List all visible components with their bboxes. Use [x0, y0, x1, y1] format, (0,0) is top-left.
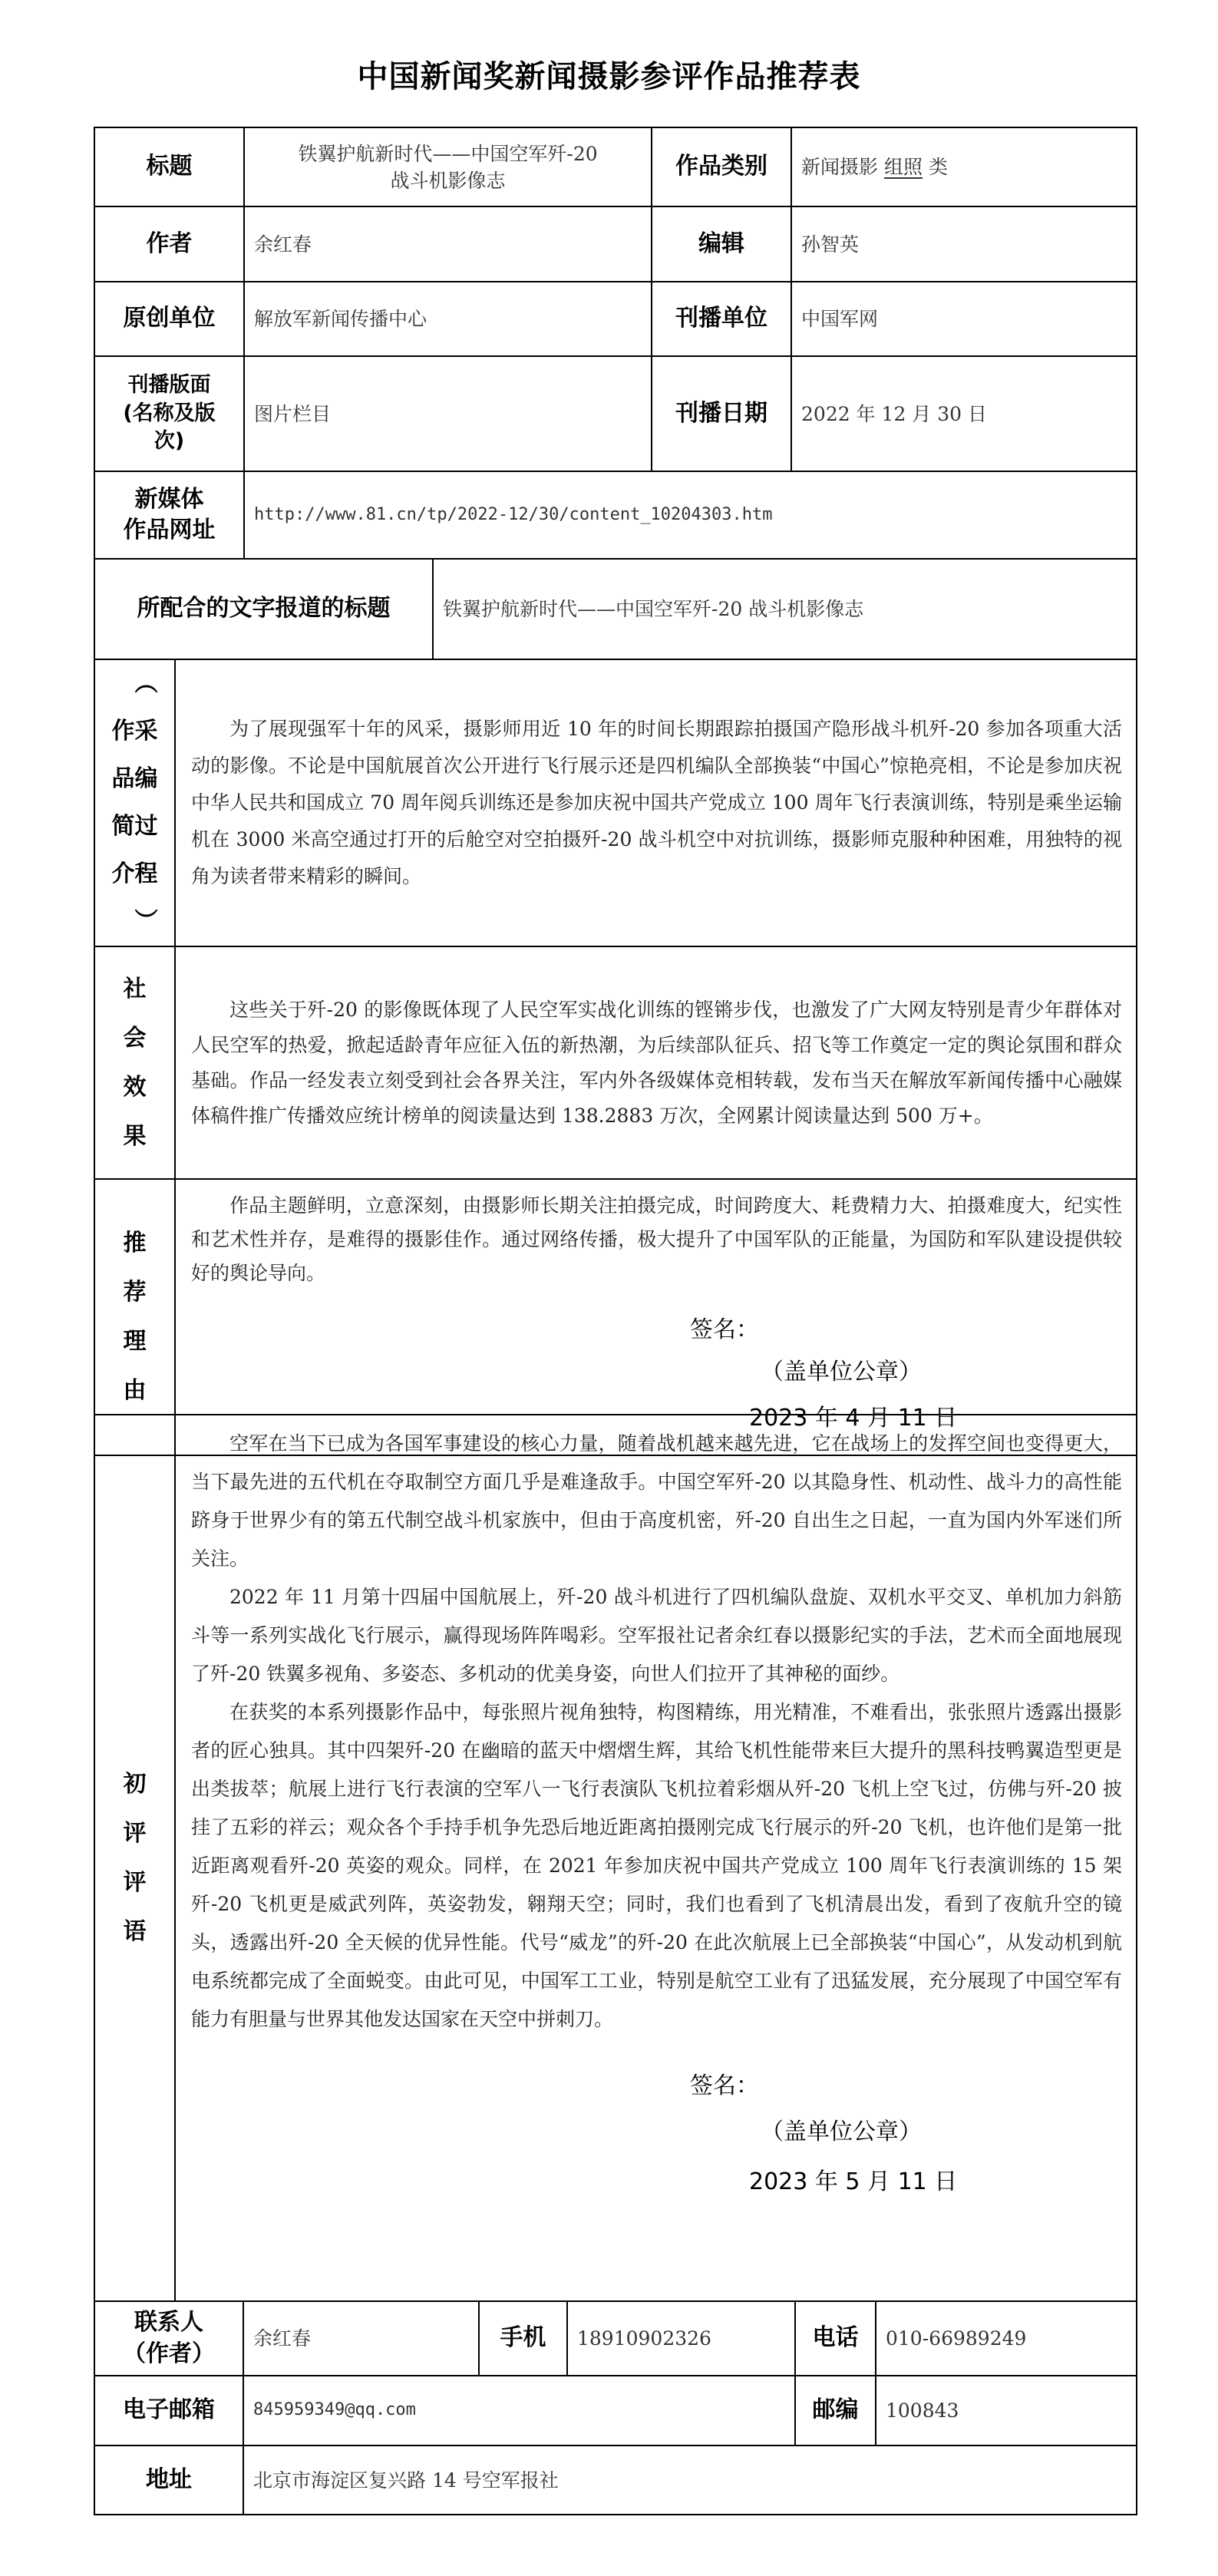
title-value-line1: 铁翼护航新时代——中国空军歼-20	[254, 140, 642, 167]
title-value: 铁翼护航新时代——中国空军歼-20 战斗机影像志	[244, 127, 652, 206]
intro-label-char: 简	[112, 803, 135, 850]
social-label-char: 会	[95, 1014, 174, 1063]
review-label-char: 初	[95, 1760, 174, 1809]
social-text: 这些关于歼-20 的影像既体现了人民空军实战化训练的铿锵步伐，也激发了广大网友特…	[175, 946, 1137, 1179]
social-label: 社 会 效 果	[94, 946, 175, 1179]
review-label: 初 评 评 语	[94, 1415, 175, 2301]
related-label: 所配合的文字报道的标题	[94, 559, 433, 659]
row-review: 初 评 评 语 空军在当下已成为各国军事建设的核心力量，随着战机越来越先进，它在…	[94, 1415, 1137, 2301]
row-title: 标题 铁翼护航新时代——中国空军歼-20 战斗机影像志 作品类别 新闻摄影组照类	[94, 127, 1137, 206]
review-contact-table: 初 评 评 语 空军在当下已成为各国军事建设的核心力量，随着战机越来越先进，它在…	[94, 1414, 1137, 2515]
zip-label: 邮编	[795, 2376, 876, 2446]
author-value: 余红春	[244, 206, 652, 282]
intro-label-char: 品	[112, 755, 135, 803]
intro-label-char: 介	[112, 850, 135, 898]
review-date: 2023 年 5 月 11 日	[749, 2165, 957, 2199]
review-paragraph: 空军在当下已成为各国军事建设的核心力量，随着战机越来越先进，它在战场上的发挥空间…	[191, 1425, 1122, 1578]
category-suffix: 类	[929, 156, 948, 178]
recommend-label-char: 理	[95, 1317, 174, 1366]
section-label-line3: 次)	[95, 428, 243, 455]
contact-value: 余红春	[243, 2301, 479, 2376]
date-label: 刊播日期	[652, 356, 791, 471]
editor-value: 孙智英	[791, 206, 1137, 282]
section-label-line2: (名称及版	[95, 400, 243, 428]
category-value: 新闻摄影组照类	[791, 127, 1137, 206]
section-label-line1: 刊播版面	[95, 372, 243, 399]
intro-label-char: 程	[135, 850, 158, 898]
row-intro: 作 品 简 介 ︵ 采 编 过 程 ︶ 为了展现强军十年的风采，摄影师用近 10…	[94, 659, 1137, 946]
mobile-label: 手机	[479, 2301, 567, 2376]
seal-label: （盖单位公章）	[761, 1356, 922, 1389]
bracket-open: ︵	[135, 660, 158, 708]
recommend-label-char: 推	[95, 1219, 174, 1268]
intro-label-char: 编	[135, 755, 158, 803]
address-label: 地址	[94, 2446, 243, 2515]
seal-label: （盖单位公章）	[761, 2115, 922, 2149]
recommend-label-char: 由	[95, 1366, 174, 1415]
row-url: 新媒体 作品网址 http://www.81.cn/tp/2022-12/30/…	[94, 471, 1137, 559]
social-label-char: 效	[95, 1063, 174, 1112]
social-label-char: 社	[95, 965, 174, 1014]
social-paragraph: 这些关于歼-20 的影像既体现了人民空军实战化训练的铿锵步伐，也激发了广大网友特…	[191, 992, 1122, 1134]
review-paragraph: 2022 年 11 月第十四届中国航展上，歼-20 战斗机进行了四机编队盘旋、双…	[191, 1578, 1122, 1693]
intro-label-char: 作	[112, 708, 135, 755]
review-signature-block: 签名： （盖单位公章） 2023 年 5 月 11 日	[191, 2039, 1122, 2223]
contact-label-line2: （作者）	[95, 2339, 243, 2370]
editor-label: 编辑	[652, 206, 791, 282]
author-label: 作者	[94, 206, 244, 282]
url-label-line1: 新媒体	[95, 484, 243, 516]
origin-value: 解放军新闻传播中心	[244, 282, 652, 356]
url-label-line2: 作品网址	[95, 515, 243, 547]
recommend-label-char: 荐	[95, 1268, 174, 1317]
row-address: 地址 北京市海淀区复兴路 14 号空军报社	[94, 2446, 1137, 2515]
review-paragraph: 在获奖的本系列摄影作品中，每张照片视角独特，构图精练，用光精准，不难看出，张张照…	[191, 1693, 1122, 2039]
category-type: 组照	[878, 156, 929, 178]
url-label: 新媒体 作品网址	[94, 471, 244, 559]
intro-label-char: 过	[135, 803, 158, 850]
intro-paragraph: 为了展现强军十年的风采，摄影师用近 10 年的时间长期跟踪拍摄国产隐形战斗机歼-…	[191, 711, 1122, 895]
signature-label: 签名：	[690, 2069, 759, 2103]
row-contact: 联系人 （作者） 余红春 手机 18910902326 电话 010-66989…	[94, 2301, 1137, 2376]
intro-label-char: 采	[135, 708, 158, 755]
intro-label-col2: ︵ 采 编 过 程 ︶	[135, 660, 158, 946]
contact-label-line1: 联系人	[95, 2307, 243, 2339]
title-value-line2: 战斗机影像志	[254, 167, 642, 194]
zip-value: 100843	[876, 2376, 1137, 2446]
section-value: 图片栏目	[244, 356, 652, 471]
row-section: 刊播版面 (名称及版 次) 图片栏目 刊播日期 2022 年 12 月 30 日	[94, 356, 1137, 471]
phone-label: 电话	[795, 2301, 876, 2376]
recommendation-form-table: 标题 铁翼护航新时代——中国空军歼-20 战斗机影像志 作品类别 新闻摄影组照类…	[94, 127, 1137, 1456]
mobile-value: 18910902326	[567, 2301, 795, 2376]
review-label-char: 评	[95, 1809, 174, 1858]
review-label-char: 语	[95, 1907, 174, 1957]
publisher-value: 中国军网	[791, 282, 1137, 356]
row-origin: 原创单位 解放军新闻传播中心 刊播单位 中国军网	[94, 282, 1137, 356]
row-email: 电子邮箱 845959349@qq.com 邮编 100843	[94, 2376, 1137, 2446]
recommend-paragraph: 作品主题鲜明，立意深刻，由摄影师长期关注拍摄完成，时间跨度大、耗费精力大、拍摄难…	[191, 1189, 1122, 1290]
related-value: 铁翼护航新时代——中国空军歼-20 战斗机影像志	[433, 559, 1137, 659]
title-label: 标题	[94, 127, 244, 206]
email-label: 电子邮箱	[94, 2376, 243, 2446]
date-value: 2022 年 12 月 30 日	[791, 356, 1137, 471]
review-text: 空军在当下已成为各国军事建设的核心力量，随着战机越来越先进，它在战场上的发挥空间…	[175, 1415, 1137, 2301]
category-prefix: 新闻摄影	[801, 156, 878, 178]
row-related: 所配合的文字报道的标题 铁翼护航新时代——中国空军歼-20 战斗机影像志	[94, 559, 1137, 659]
phone-value: 010-66989249	[876, 2301, 1137, 2376]
intro-label: 作 品 简 介 ︵ 采 编 过 程 ︶	[94, 659, 175, 946]
publisher-label: 刊播单位	[652, 282, 791, 356]
signature-label: 签名：	[690, 1313, 759, 1347]
row-social: 社 会 效 果 这些关于歼-20 的影像既体现了人民空军实战化训练的铿锵步伐，也…	[94, 946, 1137, 1179]
review-label-char: 评	[95, 1858, 174, 1907]
url-value[interactable]: http://www.81.cn/tp/2022-12/30/content_1…	[244, 471, 1137, 559]
row-author: 作者 余红春 编辑 孙智英	[94, 206, 1137, 282]
origin-label: 原创单位	[94, 282, 244, 356]
email-value[interactable]: 845959349@qq.com	[243, 2376, 795, 2446]
category-label: 作品类别	[652, 127, 791, 206]
bracket-close: ︶	[135, 898, 158, 946]
address-value: 北京市海淀区复兴路 14 号空军报社	[243, 2446, 1137, 2515]
section-label: 刊播版面 (名称及版 次)	[94, 356, 244, 471]
intro-text: 为了展现强军十年的风采，摄影师用近 10 年的时间长期跟踪拍摄国产隐形战斗机歼-…	[175, 659, 1137, 946]
social-label-char: 果	[95, 1112, 174, 1161]
page-title: 中国新闻奖新闻摄影参评作品推荐表	[0, 52, 1218, 96]
contact-label: 联系人 （作者）	[94, 2301, 243, 2376]
intro-label-col1: 作 品 简 介	[112, 708, 135, 898]
